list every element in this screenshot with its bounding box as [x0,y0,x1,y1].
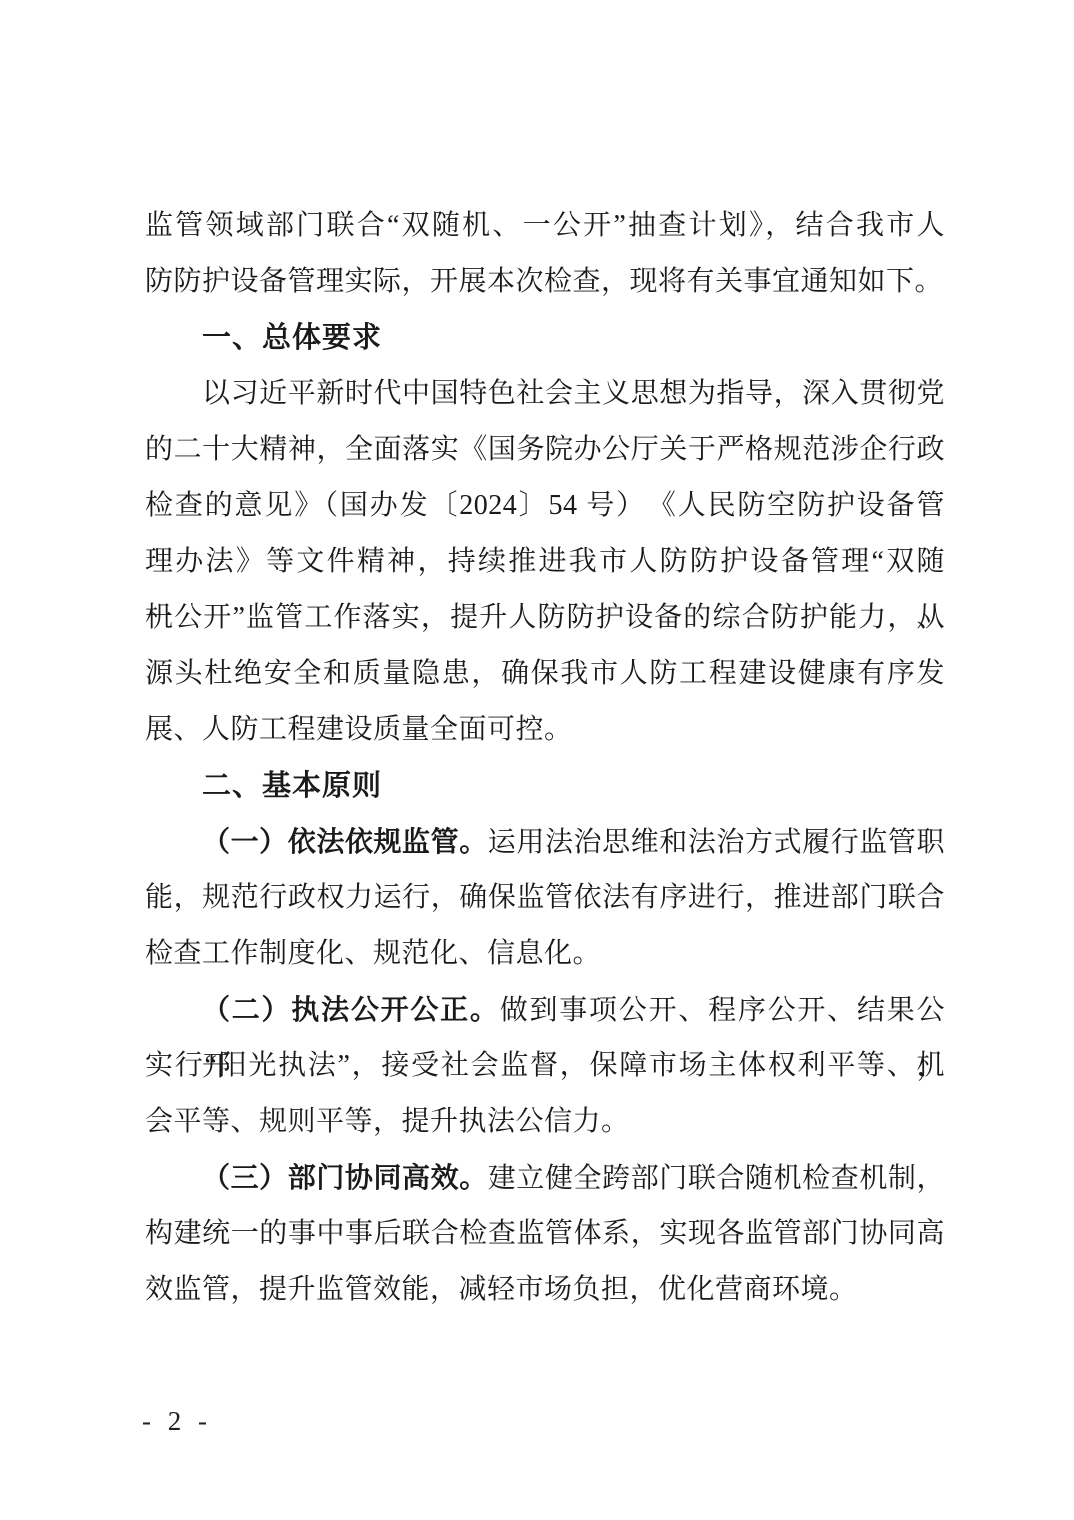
document-line: 一公开”监管工作落实，提升人防防护设备的综合防护能力，从 [145,590,945,646]
paragraph-lead-label: （二）执法公开公正。 [202,994,500,1025]
document-line: 检查工作制度化、规范化、信息化。 [145,926,945,982]
page-number: - 2 - [142,1403,212,1439]
document-body: 监管领域部门联合“双随机、一公开”抽查计划》，结合我市人 防防护设备管理实际，开… [145,198,945,1318]
paragraph-lead-label: （三）部门协同高效。 [202,1162,488,1193]
document-line: 展、人防工程建设质量全面可控。 [145,702,945,758]
document-line: 监管领域部门联合“双随机、一公开”抽查计划》，结合我市人 [145,198,945,254]
paragraph-lead-label: （一）依法依规监管。 [202,826,488,857]
document-line: 会平等、规则平等，提升执法公信力。 [145,1094,945,1150]
document-line: 构建统一的事中事后联合检查监管体系，实现各监管部门协同高 [145,1206,945,1262]
document-line: 实行“阳光执法”，接受社会监督，保障市场主体权利平等、机 [145,1038,945,1094]
document-line: （二）执法公开公正。做到事项公开、程序公开、结果公开， [145,982,945,1038]
document-line: （一）依法依规监管。运用法治思维和法治方式履行监管职 [145,814,945,870]
document-line: 防防护设备管理实际，开展本次检查，现将有关事宜通知如下。 [145,254,945,310]
paragraph-text: 运用法治思维和法治方式履行监管职 [488,827,945,858]
document-line: 的二十大精神，全面落实《国务院办公厅关于严格规范涉企行政 [145,422,945,478]
document-line: 检查的意见》（国办发〔2024〕54 号） 《人民防空防护设备管 [145,478,945,534]
document-line: 源头杜绝安全和质量隐患，确保我市人防工程建设健康有序发 [145,646,945,702]
document-line: 以习近平新时代中国特色社会主义思想为指导，深入贯彻党 [145,366,945,422]
section-heading: 二、基本原则 [145,758,945,814]
section-heading: 一、总体要求 [145,310,945,366]
paragraph-text: 建立健全跨部门联合随机检查机制， [488,1163,945,1194]
document-line: 效监管，提升监管效能，减轻市场负担，优化营商环境。 [145,1262,945,1318]
document-line: 理办法》等文件精神，持续推进我市人防防护设备管理“双随机、 [145,534,945,590]
document-page: 监管领域部门联合“双随机、一公开”抽查计划》，结合我市人 防防护设备管理实际，开… [0,0,1074,1520]
document-line: 能，规范行政权力运行，确保监管依法有序进行，推进部门联合 [145,870,945,926]
document-line: （三）部门协同高效。建立健全跨部门联合随机检查机制， [145,1150,945,1206]
